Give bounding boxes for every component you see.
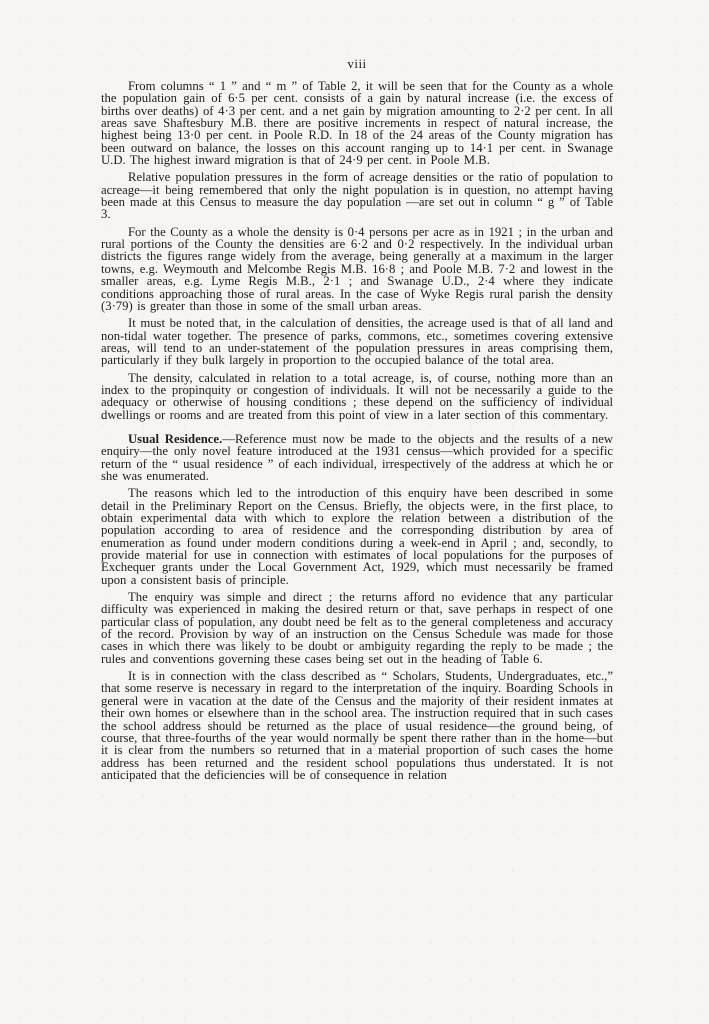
paragraph-enquiry-reasons: The reasons which led to the introductio… — [101, 487, 613, 586]
paragraph-text: It is in connection with the class descr… — [101, 669, 613, 782]
paragraph-text: From columns “ 1 ” and “ m ” of Table 2,… — [101, 79, 613, 167]
paragraph-population-pressures: Relative population pressures in the for… — [101, 171, 613, 220]
paragraph-text: The density, calculated in relation to a… — [101, 371, 613, 422]
paragraph-density-figures: For the County as a whole the density is… — [101, 226, 613, 312]
paragraph-usual-residence: Usual Residence.—Reference must now be m… — [101, 433, 613, 482]
scanned-document-page: viii From columns “ 1 ” and “ m ” of Tab… — [0, 0, 709, 1024]
paragraph-text: The enquiry was simple and direct ; the … — [101, 590, 613, 666]
paragraph-acreage-note: It must be noted that, in the calculatio… — [101, 317, 613, 366]
page-number: viii — [101, 57, 613, 71]
text-block: viii From columns “ 1 ” and “ m ” of Tab… — [101, 57, 613, 786]
paragraph-scholars-students: It is in connection with the class descr… — [101, 670, 613, 781]
paragraph-density-index: The density, calculated in relation to a… — [101, 372, 613, 421]
paragraph-text: The reasons which led to the introductio… — [101, 486, 613, 586]
paragraph-text: Relative population pressures in the for… — [101, 170, 613, 221]
paragraph-migration-gains: From columns “ 1 ” and “ m ” of Table 2,… — [101, 80, 613, 166]
paragraph-enquiry-simple: The enquiry was simple and direct ; the … — [101, 591, 613, 665]
paragraph-text: It must be noted that, in the calculatio… — [101, 316, 613, 367]
paragraph-text: For the County as a whole the density is… — [101, 225, 613, 313]
